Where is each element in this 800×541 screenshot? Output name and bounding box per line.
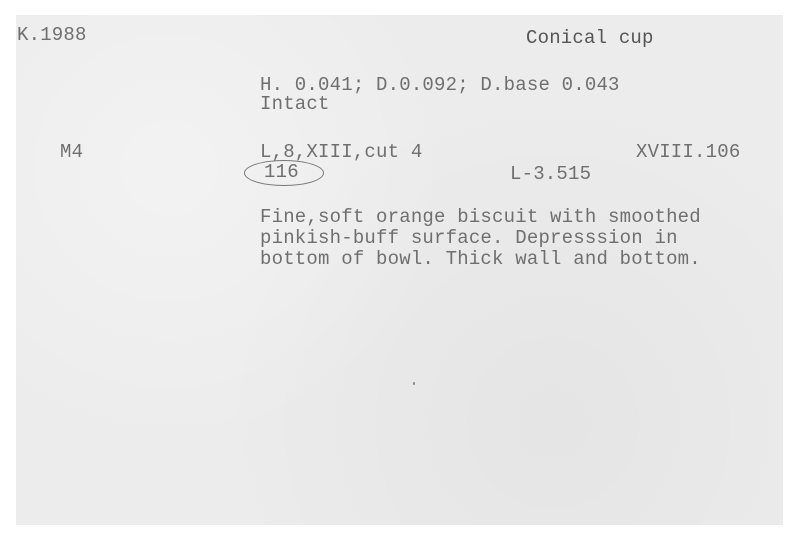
- group-code: M4: [60, 142, 83, 163]
- object-name: Conical cup: [526, 28, 654, 49]
- description-line: pinkish-buff surface. Depresssion in: [260, 228, 678, 249]
- paper-speck: [413, 382, 415, 385]
- description-line: bottom of bowl. Thick wall and bottom.: [260, 249, 701, 270]
- level: L-3.515: [510, 164, 591, 185]
- ink-circle: [244, 160, 324, 186]
- description-line: Fine,soft orange biscuit with smoothed: [260, 207, 701, 228]
- catalog-ref: XVIII.106: [636, 142, 740, 163]
- condition: Intact: [260, 94, 330, 115]
- catalog-card: K.1988 Conical cup H. 0.041; D.0.092; D.…: [16, 15, 783, 525]
- accession-number: K.1988: [17, 25, 87, 46]
